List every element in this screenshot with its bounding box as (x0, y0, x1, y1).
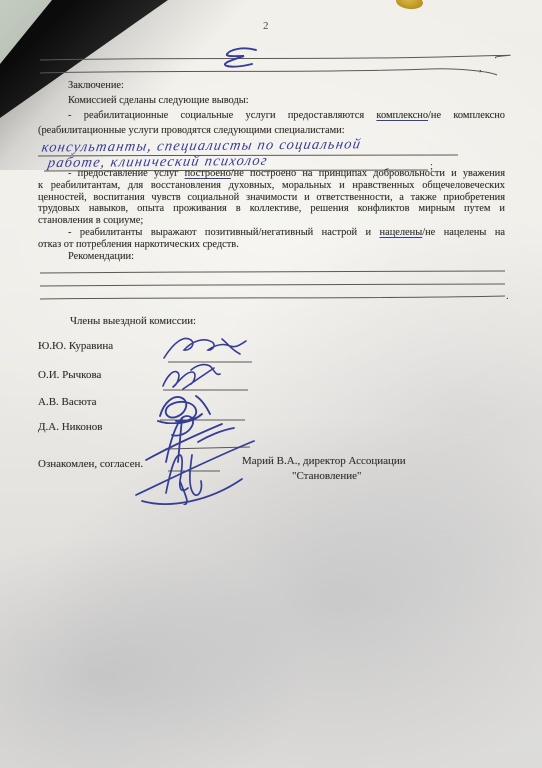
document-photo: 2 , Заключение: Комиссией сделаны следую… (0, 0, 542, 768)
recommendations-heading: Рекомендации: (38, 251, 505, 263)
gold-sticker-blob (395, 0, 423, 10)
findings-block: - предоставление услуг построено/не пост… (38, 168, 505, 262)
conclusion-heading: Заключение: (38, 78, 505, 93)
ruled-line (40, 271, 505, 273)
page-number: 2 (263, 20, 269, 32)
pen-underlined-word: построено (185, 168, 231, 179)
item2-line2: к реабилитантам, для восстановления духо… (38, 180, 505, 192)
conclusion-block: Заключение: Комиссией сделаны следующие … (38, 78, 505, 138)
pen-z-scribble (218, 44, 262, 72)
item3-line2: отказ от потребления наркотических средс… (38, 239, 505, 251)
item1-line2: (реабилитационные услуги проводятся след… (38, 123, 505, 138)
member-name: А.В. Васюта (38, 396, 97, 408)
signature (130, 435, 260, 505)
item2-line1: - предоставление услуг построено/не пост… (38, 168, 505, 180)
ruled-line (40, 284, 505, 286)
item2-line4: трудовых навыков, опыта проживания в кол… (38, 203, 505, 215)
period-mark: . (506, 290, 509, 302)
comma-mark: , (479, 62, 482, 74)
acknowledgment-label: Ознакомлен, согласен. (38, 458, 143, 470)
intro-line: Комиссией сделаны следующие выводы: (38, 93, 505, 108)
item2-line3: ценностей, воспитания чувств социальной … (38, 192, 505, 204)
member-name: О.И. Рычкова (38, 369, 101, 381)
pen-underlined-word: комплексно (376, 110, 428, 121)
member-name: Д.А. Никонов (38, 421, 102, 433)
signature (160, 332, 250, 364)
item1-line1: - реабилитационные социальные услуги пре… (38, 108, 505, 123)
ruled-line (40, 296, 505, 299)
member-name: Ю.Ю. Куравина (38, 340, 113, 352)
commission-heading: Члены выездной комиссии: (70, 315, 196, 327)
signature (158, 362, 243, 392)
item2-line5: становления в социуме; (38, 215, 505, 227)
item3-line1: - реабилитанты выражают позитивный/негат… (38, 227, 505, 239)
director-organization: "Становление" (292, 470, 361, 482)
director-name-title: Марий В.А., директор Ассоциации (242, 455, 406, 467)
pen-underlined-word: нацелены (380, 227, 423, 238)
